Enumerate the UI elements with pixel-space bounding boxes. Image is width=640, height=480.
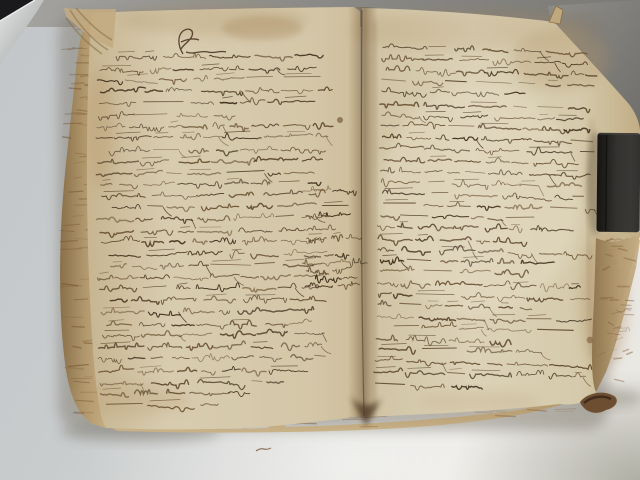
dark-book bbox=[596, 133, 640, 232]
table-ink-mark bbox=[256, 448, 271, 451]
manuscript-photo bbox=[0, 0, 640, 480]
photo-scene bbox=[0, 0, 640, 480]
laptop-corner bbox=[0, 0, 44, 66]
fore-edge-tatters bbox=[592, 236, 640, 392]
dark-book-cover bbox=[596, 133, 640, 232]
